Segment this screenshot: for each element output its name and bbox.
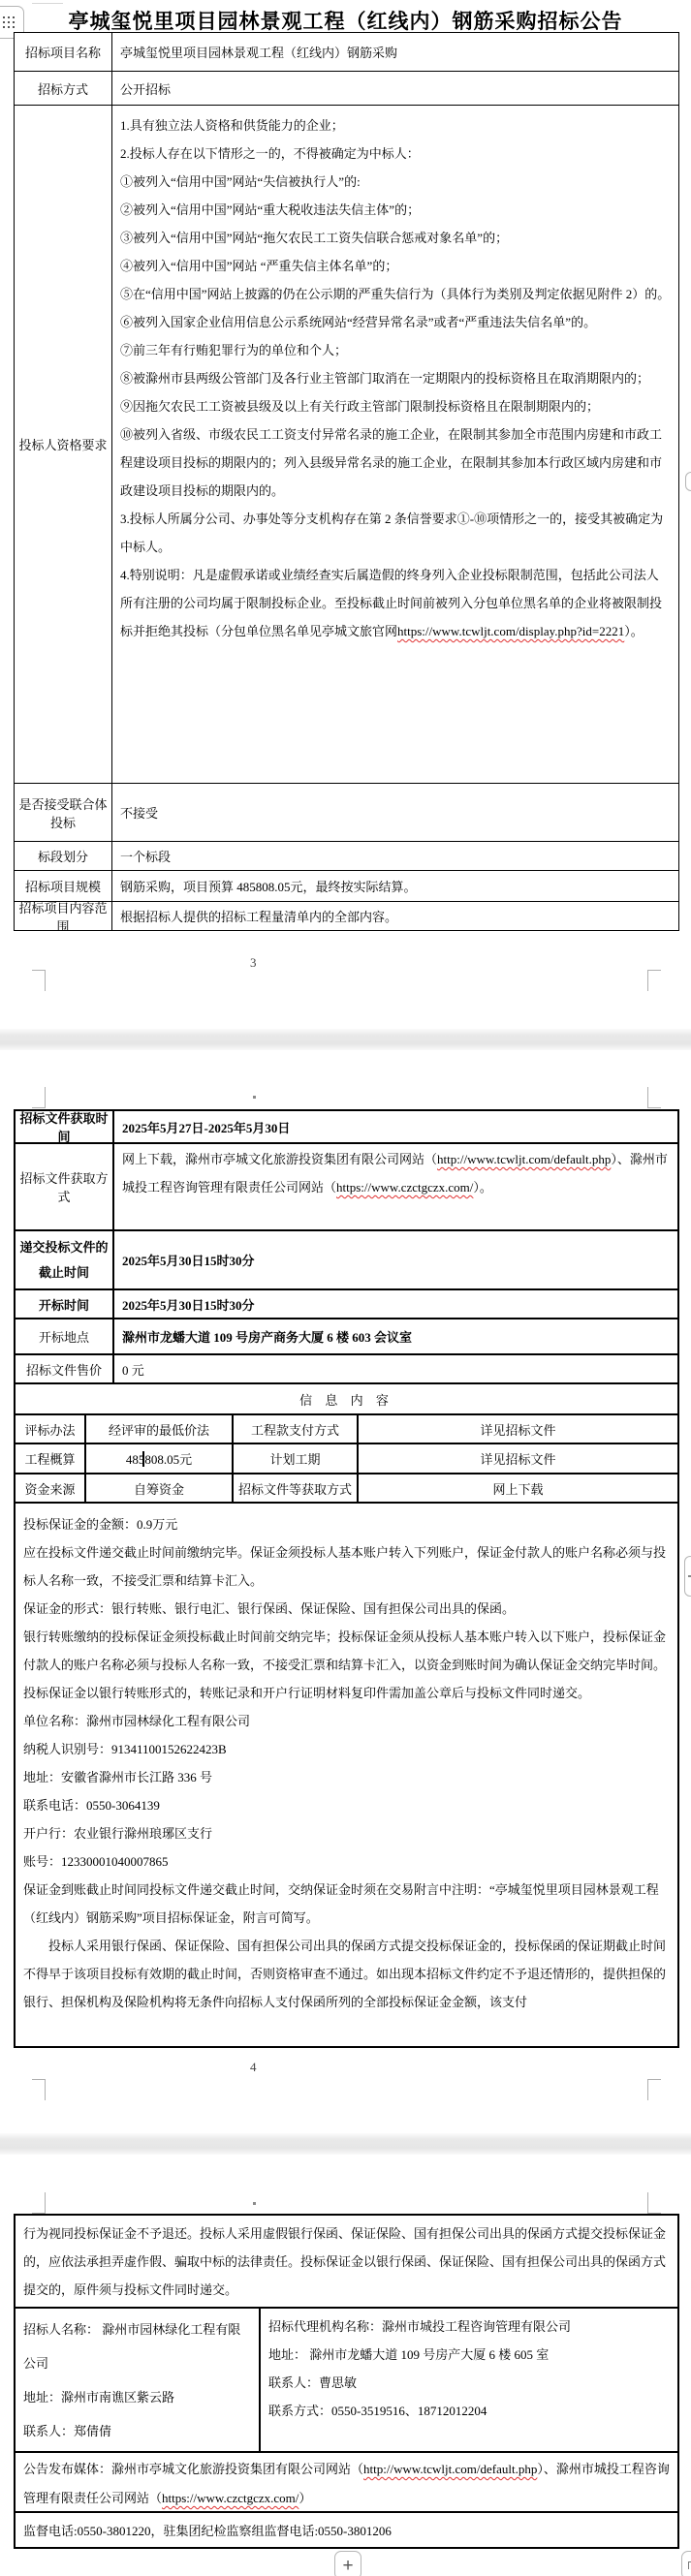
tenderer-cell: 招标人名称： 滁州市园林绿化工程有限公司 地址：滁州市南谯区紫云路 联系人：郑倩… bbox=[16, 2309, 259, 2451]
tenderer-phone: 联系方式：18055093270 bbox=[23, 2448, 251, 2451]
table-row: 招标文件获取方式 网上下载，滁州市亭城文化旅游投资集团有限公司网站（http:/… bbox=[16, 1142, 677, 1229]
page-number: 3 bbox=[250, 955, 257, 971]
deposit-phone: 联系电话：0550-3064139 bbox=[23, 1791, 670, 1819]
project-estimate-value[interactable]: 485808.05元 bbox=[84, 1444, 232, 1473]
deposit-paragraph: 投标保证金的金额：0.9万元 bbox=[23, 1510, 670, 1538]
deposit-paragraph: 应在投标文件递交截止时间前缴纳完毕。保证金须投标人基本账户转入下列账户，保证金付… bbox=[23, 1538, 670, 1595]
row-label: 招标项目规模 bbox=[15, 871, 111, 901]
document-price-value: 0 元 bbox=[112, 1355, 677, 1382]
qual-paragraph: 2.投标人存在以下情形之一的，不得被确定为中标人： bbox=[120, 140, 671, 168]
agency-cell: 招标代理机构名称：滁州市城投工程咨询管理有限公司 地址： 滁州市龙蟠大道 109… bbox=[259, 2309, 677, 2451]
qual-paragraph: ⑦前三年有行贿犯罪行为的单位和个人； bbox=[120, 336, 671, 364]
fund-source-label: 资金来源 bbox=[16, 1474, 84, 1502]
table-row: 招标人名称： 滁州市园林绿化工程有限公司 地址：滁州市南谯区紫云路 联系人：郑倩… bbox=[16, 2307, 677, 2451]
tenderer-contact: 联系人：郑倩倩 bbox=[23, 2414, 251, 2448]
evaluation-method-label: 评标办法 bbox=[16, 1415, 84, 1443]
table-row: 开标时间 2025年5月30日15时30分 bbox=[16, 1288, 677, 1318]
qual-paragraph: ⑥被列入国家企业信用信息公示系统网站“经营异常名录”或者“严重违法失信名单”的。 bbox=[120, 308, 671, 336]
qual-paragraph: ⑩被列入省级、市级农民工工资支付异常名录的施工企业，在限制其参加全市范围内房建和… bbox=[120, 420, 671, 505]
submission-deadline-value: 2025年5月30日15时30分 bbox=[112, 1231, 677, 1288]
row-label: 招标项目内容范围 bbox=[15, 902, 111, 930]
margin-crop-mark bbox=[647, 970, 661, 991]
table-row: 投标保证金的金额：0.9万元 应在投标文件递交截止时间前缴纳完毕。保证金须投标人… bbox=[16, 1502, 677, 2046]
table-row: 招标项目规模 钢筋采购，项目预算 485808.05元，最终按实际结算。 bbox=[15, 870, 678, 901]
tender-method-value: 公开招标 bbox=[111, 72, 678, 105]
tcwljt-url: http://www.tcwljt.com/default.php bbox=[437, 1152, 611, 1166]
document-obtain-period-value: 2025年5月27日-2025年5月30日 bbox=[112, 1111, 677, 1142]
side-control-button[interactable] bbox=[685, 472, 691, 491]
qual-paragraph: ③被列入“信用中国”网站“拖欠农民工工资失信联合惩戒对象名单”的； bbox=[120, 224, 671, 252]
info-content-header: 信 息 内 容 bbox=[16, 1384, 677, 1413]
table-row: 工程概算 485808.05元 计划工期 详见招标文件 bbox=[16, 1443, 677, 1473]
table-row: 投标人资格要求 1.具有独立法人资格和供货能力的企业； 2.投标人存在以下情形之… bbox=[15, 105, 678, 783]
qual-text: ）。 bbox=[624, 624, 644, 638]
row-label: 标段划分 bbox=[15, 842, 111, 870]
table-row: 招标项目名称 亭城玺悦里项目园林景观工程（红线内）钢筋采购 bbox=[15, 33, 678, 71]
obtain-way-value: 网上下载 bbox=[357, 1474, 677, 1502]
bid-deposit-cell: 投标保证金的金额：0.9万元 应在投标文件递交截止时间前缴纳完毕。保证金须投标人… bbox=[16, 1504, 677, 2046]
qual-paragraph: ④被列入“信用中国”网站 “严重失信主体名单”的； bbox=[120, 252, 671, 280]
announcement-media-cell: 公告发布媒体：滁州市亭城文化旅游投资集团有限公司网站（http://www.tc… bbox=[16, 2453, 677, 2511]
margin-crop-mark bbox=[32, 2192, 46, 2214]
page-number: 4 bbox=[250, 2060, 257, 2075]
document-viewer: 亭城玺悦里项目园林景观工程（红线内）钢筋采购招标公告 招标项目名称 亭城玺悦里项… bbox=[0, 0, 691, 2576]
obtain-method-text: ）。 bbox=[473, 1180, 492, 1195]
tender-overview-table: 招标项目名称 亭城玺悦里项目园林景观工程（红线内）钢筋采购 招标方式 公开招标 … bbox=[14, 32, 679, 931]
obtain-method-text: 网上下载，滁州市亭城文化旅游投资集团有限公司网站（ bbox=[122, 1152, 437, 1166]
agency-address: 地址： 滁州市龙蟠大道 109 号房产大厦 6 楼 605 室 bbox=[268, 2341, 670, 2369]
text-cursor bbox=[142, 1451, 144, 1467]
agency-phone: 联系方式：0550-3519516、18712012204 bbox=[268, 2397, 670, 2425]
table-row: 递交投标文件的截止时间 2025年5月30日15时30分 bbox=[16, 1229, 677, 1288]
planned-duration-value: 详见招标文件 bbox=[357, 1444, 677, 1473]
row-label: 开标时间 bbox=[16, 1290, 112, 1318]
qual-paragraph: 3.投标人所属分公司、办事处等分支机构存在第 2 条信誉要求①-⑩项情形之一的，… bbox=[120, 505, 671, 561]
plus-icon: + bbox=[342, 2557, 353, 2575]
table-row: 监督电话:0550-3801220，驻集团纪检监察组监督电话:0550-3801… bbox=[16, 2511, 677, 2547]
bid-opening-place-value: 滁州市龙蟠大道 109 号房产商务大厦 6 楼 603 会议室 bbox=[112, 1319, 677, 1353]
margin-crop-mark bbox=[32, 1087, 46, 1108]
table-row: 招标方式 公开招标 bbox=[15, 71, 678, 105]
margin-crop-mark bbox=[32, 970, 46, 991]
qual-paragraph: 4.特别说明：凡是虚假承诺或业绩经查实后属造假的终身列入企业投标限制范围，包括此… bbox=[120, 561, 671, 645]
project-estimate-label: 工程概算 bbox=[16, 1444, 84, 1473]
table-row: 标段划分 一个标段 bbox=[15, 841, 678, 870]
row-label: 招标方式 bbox=[15, 72, 111, 105]
qual-paragraph: 1.具有独立法人资格和供货能力的企业； bbox=[120, 111, 671, 140]
section-anchor-dot bbox=[253, 2202, 256, 2205]
deposit-paragraph: 保证金的形式：银行转账、银行电汇、银行保函、保证保险、国有担保公司出具的保函。 bbox=[23, 1595, 670, 1623]
table-row: 招标项目内容范围 根据招标人提供的招标工程量清单内的全部内容。 bbox=[15, 901, 678, 930]
tcwljt-url: http://www.tcwljt.com/default.php bbox=[363, 2462, 537, 2476]
table-row: 招标文件售价 0 元 bbox=[16, 1353, 677, 1382]
page-gap-band bbox=[0, 1029, 691, 1050]
margin-crop-mark bbox=[647, 1087, 661, 1108]
margin-crop-mark bbox=[647, 2079, 661, 2100]
row-label: 是否接受联合体投标 bbox=[15, 784, 111, 841]
table-row: 信 息 内 容 bbox=[16, 1382, 677, 1413]
row-label: 递交投标文件的截止时间 bbox=[16, 1231, 112, 1288]
tenderer-address: 地址：滁州市南谯区紫云路 bbox=[23, 2380, 251, 2414]
consortium-bid-value: 不接受 bbox=[111, 784, 678, 841]
row-label: 招标文件售价 bbox=[16, 1355, 112, 1382]
project-name-value: 亭城玺悦里项目园林景观工程（红线内）钢筋采购 bbox=[111, 33, 678, 71]
content-scope-value: 根据招标人提供的招标工程量清单内的全部内容。 bbox=[111, 902, 678, 930]
table-row: 资金来源 自筹资金 招标文件等获取方式 网上下载 bbox=[16, 1473, 677, 1502]
lot-division-value: 一个标段 bbox=[111, 842, 678, 870]
deposit-paragraph: 投标人采用银行保函、保证保险、国有担保公司出具的保函方式提交投标保证金的，投标保… bbox=[23, 1932, 670, 2016]
agency-contact: 联系人：曹思敏 bbox=[268, 2369, 670, 2397]
planned-duration-label: 计划工期 bbox=[232, 1444, 357, 1473]
page-title: 亭城玺悦里项目园林景观工程（红线内）钢筋采购招标公告 bbox=[0, 6, 691, 35]
czctgczx-url: https://www.czctgczx.com/ bbox=[336, 1180, 473, 1195]
media-text: 公告发布媒体：滁州市亭城文化旅游投资集团有限公司网站（ bbox=[23, 2462, 363, 2476]
deposit-continuation-cell: 行为视同投标保证金不予退还。投标人采用虚假银行保函、保证保险、国有担保公司出具的… bbox=[16, 2216, 677, 2307]
agency-name: 招标代理机构名称：滁州市城投工程咨询管理有限公司 bbox=[268, 2312, 670, 2341]
zoom-in-button[interactable]: + bbox=[334, 2551, 361, 2576]
table-row: 公告发布媒体：滁州市亭城文化旅游投资集团有限公司网站（http://www.tc… bbox=[16, 2451, 677, 2511]
qualification-requirements-cell: 1.具有独立法人资格和供货能力的企业； 2.投标人存在以下情形之一的，不得被确定… bbox=[111, 106, 678, 783]
supervision-phone-cell: 监督电话:0550-3801220，驻集团纪检监察组监督电话:0550-3801… bbox=[16, 2513, 677, 2547]
qual-paragraph: ②被列入“信用中国”网站“重大税收违法失信主体”的； bbox=[120, 196, 671, 224]
contacts-table: 行为视同投标保证金不予退还。投标人采用虚假银行保函、保证保险、国有担保公司出具的… bbox=[14, 2214, 679, 2549]
row-label: 招标文件获取时间 bbox=[16, 1111, 112, 1142]
payment-method-label: 工程款支付方式 bbox=[232, 1415, 357, 1443]
section-anchor-dot bbox=[253, 1096, 256, 1099]
row-label: 招标项目名称 bbox=[15, 33, 111, 71]
fund-source-value: 自筹资金 bbox=[84, 1474, 232, 1502]
deposit-paragraph: 保证金到账截止时间同投标文件递交截止时间，交纳保证金时须在交易附言中注明：“亭城… bbox=[23, 1876, 670, 1932]
margin-crop-mark bbox=[32, 2079, 46, 2100]
page-gap-band bbox=[0, 2133, 691, 2155]
deposit-taxpayer-id: 纳税人识别号：91341100152622423B bbox=[23, 1735, 670, 1763]
estimate-amount: 485808.05元 bbox=[126, 1449, 192, 1468]
table-row: 行为视同投标保证金不予退还。投标人采用虚假银行保函、保证保险、国有担保公司出具的… bbox=[16, 2216, 677, 2307]
row-label: 开标地点 bbox=[16, 1319, 112, 1353]
expand-button[interactable] bbox=[681, 2551, 691, 2576]
qual-paragraph: ①被列入“信用中国”网站“失信被执行人”的: bbox=[120, 168, 671, 196]
evaluation-method-value: 经评审的最低价法 bbox=[84, 1415, 232, 1443]
table-row: 招标文件获取时间 2025年5月27日-2025年5月30日 bbox=[16, 1111, 677, 1142]
czctgczx-url: https://www.czctgczx.com/ bbox=[162, 2491, 298, 2505]
minus-icon bbox=[688, 1575, 691, 1577]
side-minus-button[interactable] bbox=[684, 1556, 691, 1597]
tenderer-name: 招标人名称： 滁州市园林绿化工程有限公司 bbox=[23, 2312, 251, 2380]
tender-schedule-table: 招标文件获取时间 2025年5月27日-2025年5月30日 招标文件获取方式 … bbox=[14, 1109, 679, 2048]
table-row: 评标办法 经评审的最低价法 工程款支付方式 详见招标文件 bbox=[16, 1413, 677, 1443]
blacklist-url: https://www.tcwljt.com/display.php?id=22… bbox=[397, 624, 624, 638]
project-scale-value: 钢筋采购，项目预算 485808.05元，最终按实际结算。 bbox=[111, 871, 678, 901]
payment-method-value: 详见招标文件 bbox=[357, 1415, 677, 1443]
page-edge-mark bbox=[32, 3, 63, 4]
margin-crop-mark bbox=[647, 2192, 661, 2214]
qual-paragraph: ⑨因拖欠农民工工资被县级及以上有关行政主管部门限制投标资格且在限制期限内的； bbox=[120, 392, 671, 420]
deposit-paragraph: 银行转账缴纳的投标保证金须投标截止时间前交纳完毕；投标保证金须从投标人基本账户转… bbox=[23, 1623, 670, 1707]
bid-opening-time-value: 2025年5月30日15时30分 bbox=[112, 1290, 677, 1318]
qual-paragraph: ⑧被滁州市县两级公管部门及各行业主管部门取消在一定期限内的投标资格且在取消期限内… bbox=[120, 364, 671, 392]
table-row: 开标地点 滁州市龙蟠大道 109 号房产商务大厦 6 楼 603 会议室 bbox=[16, 1318, 677, 1353]
deposit-account-number: 账号：12330001040007865 bbox=[23, 1847, 670, 1876]
row-label: 投标人资格要求 bbox=[15, 106, 111, 783]
deposit-account-name: 单位名称：滁州市园林绿化工程有限公司 bbox=[23, 1707, 670, 1735]
table-row: 是否接受联合体投标 不接受 bbox=[15, 783, 678, 841]
media-text: ） bbox=[298, 2491, 311, 2505]
obtain-way-label: 招标文件等获取方式 bbox=[232, 1474, 357, 1502]
document-obtain-method-value: 网上下载，滁州市亭城文化旅游投资集团有限公司网站（http://www.tcwl… bbox=[112, 1144, 677, 1229]
deposit-bank: 开户行：农业银行滁州琅琊区支行 bbox=[23, 1819, 670, 1847]
qual-paragraph: ⑤在“信用中国”网站上披露的仍在公示期的严重失信行为（具体行为类别及判定依据见附… bbox=[120, 280, 671, 308]
deposit-address: 地址：安徽省滁州市长江路 336 号 bbox=[23, 1763, 670, 1791]
row-label: 招标文件获取方式 bbox=[16, 1144, 112, 1229]
